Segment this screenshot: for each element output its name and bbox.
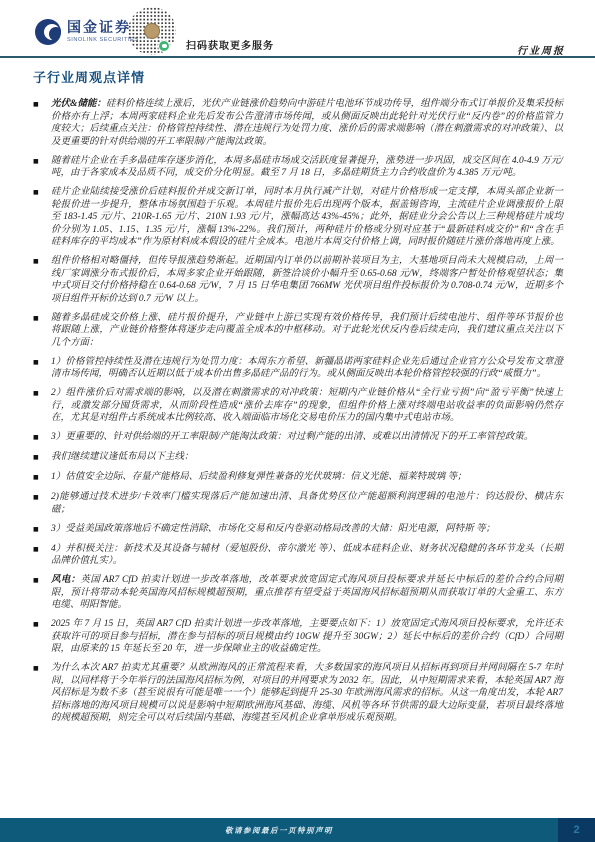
page-number-box: 2: [558, 818, 595, 842]
bullet-text: 2025 年 7 月 15 日，英国 AR7 CfD 拍卖计划进一步改革落地，主…: [51, 618, 563, 656]
bullet-body: 1）估值安全边际、存量产能格局、后续盈利修复弹性兼备的光伏玻璃：信义光能、福莱特…: [51, 472, 467, 482]
bullet-item: ■ 4）并积极关注：新技术及其设备与辅材（爱旭股份、帝尔激光 等）、低成本硅料企…: [33, 543, 563, 568]
bullet-text: 1）估值安全边际、存量产能格局、后续盈利修复弹性兼备的光伏玻璃：信义光能、福莱特…: [51, 471, 563, 485]
bullet-text: 随着多晶硅成交价格上涨、硅片报价提升，产业链中上游已实现有效价格传导，我们预计后…: [51, 312, 563, 350]
wechat-icon: [158, 40, 170, 52]
bullet-body: 2）组件涨价后对需求端的影响，以及潜在刺激需求的对冲政策：短期内产业链价格从“全…: [51, 388, 563, 423]
bullet-text: 组件价格相对略僵持，但传导报涨趋势渐起。近期国内订单仍以前期补装项目为主，大基地…: [51, 255, 563, 305]
page-title: 子行业周观点详情: [33, 67, 145, 86]
brand-name-en: SINOLINK SECURITIES: [67, 37, 139, 43]
bullet-text: 2）组件涨价后对需求端的影响，以及潜在刺激需求的对冲政策：短期内产业链价格从“全…: [51, 387, 563, 425]
bullet-square-icon: ■: [33, 618, 51, 656]
bullet-item: ■ 为什么本次 AR7 拍卖尤其重要？从欧洲海风的正常流程来看，大多数国家的海风…: [33, 662, 563, 725]
bullet-square-icon: ■: [33, 574, 51, 612]
bullet-item: ■ 2)能够通过技术进步/卡效率门槛实现落后产能加速出清、具备优势区位产能超额利…: [33, 491, 563, 516]
sinolink-logo-icon: [35, 19, 61, 45]
qr-code-icon: [128, 7, 176, 55]
bullet-square-icon: ■: [33, 255, 51, 305]
bullet-square-icon: ■: [33, 312, 51, 350]
page-number: 2: [573, 824, 579, 836]
bullet-text: 1）价格管控持续性及潜在违规行为处罚力度：本周东方希望、新疆晶诺两家硅料企业先后…: [51, 356, 563, 381]
bullet-square-icon: ■: [33, 431, 51, 445]
bullet-item: ■ 1）估值安全边际、存量产能格局、后续盈利修复弹性兼备的光伏玻璃：信义光能、福…: [33, 471, 563, 485]
bullet-body: 英国 AR7 CfD 拍卖计划进一步改革落地，改革要求放宽固定式海风项目投标要求…: [51, 575, 563, 610]
bullet-list: ■ 光伏&储能：硅料价格连续上涨后，光伏产业链涨价趋势向中游硅片电池环节成功传导…: [33, 98, 563, 731]
bullet-item: ■ 硅片企业陆续接受涨价后硅料报价并成交新订单，同时本月执行减产计划，对硅片价格…: [33, 186, 563, 249]
bullet-square-icon: ■: [33, 471, 51, 485]
bullet-text: 硅片企业陆续接受涨价后硅料报价并成交新订单，同时本月执行减产计划，对硅片价格形成…: [51, 186, 563, 249]
footer-disclaimer: 敬请参阅最后一页特别声明: [0, 818, 558, 842]
bullet-body: 2025 年 7 月 15 日，英国 AR7 CfD 拍卖计划进一步改革落地，主…: [51, 619, 563, 654]
bullet-item: ■ 3）受益美国政策落地后不确定性消除、市场化交易和反内卷驱动格局改善的大储：阳…: [33, 523, 563, 537]
bullet-square-icon: ■: [33, 543, 51, 568]
bullet-body: 为什么本次 AR7 拍卖尤其重要？从欧洲海风的正常流程来看，大多数国家的海风项目…: [51, 663, 563, 723]
brand-block: 国金证券 SINOLINK SECURITIES: [35, 19, 139, 45]
bullet-text: 风电：英国 AR7 CfD 拍卖计划进一步改革落地，改革要求放宽固定式海风项目投…: [51, 574, 563, 612]
bullet-item: ■ 3）更重要的、针对供给端的开工率限制/产能淘汰政策：对过剩产能的出清、或难以…: [33, 431, 563, 445]
bullet-item: ■ 风电：英国 AR7 CfD 拍卖计划进一步改革落地，改革要求放宽固定式海风项…: [33, 574, 563, 612]
page-footer: 敬请参阅最后一页特别声明 2: [0, 818, 595, 842]
bullet-lead: 光伏&储能：: [51, 99, 106, 109]
bullet-square-icon: ■: [33, 451, 51, 465]
bullet-text: 我们继续建议逢低布局以下主线：: [51, 451, 563, 465]
report-type-label: 行业周报: [517, 42, 565, 57]
bullet-item: ■ 2）组件涨价后对需求端的影响，以及潜在刺激需求的对冲政策：短期内产业链价格从…: [33, 387, 563, 425]
bullet-item: ■ 1）价格管控持续性及潜在违规行为处罚力度：本周东方希望、新疆晶诺两家硅料企业…: [33, 356, 563, 381]
bullet-body: 2)能够通过技术进步/卡效率门槛实现落后产能加速出清、具备优势区位产能超额利润逻…: [51, 492, 563, 515]
bullet-item: ■ 我们继续建议逢低布局以下主线：: [33, 451, 563, 465]
bullet-text: 4）并积极关注：新技术及其设备与辅材（爱旭股份、帝尔激光 等）、低成本硅料企业、…: [51, 543, 563, 568]
bullet-body: 硅片企业陆续接受涨价后硅料报价并成交新订单，同时本月执行减产计划，对硅片价格形成…: [51, 187, 563, 247]
bullet-square-icon: ■: [33, 155, 51, 180]
bullet-body: 4）并积极关注：新技术及其设备与辅材（爱旭股份、帝尔激光 等）、低成本硅料企业、…: [51, 544, 563, 567]
bullet-body: 3）受益美国政策落地后不确定性消除、市场化交易和反内卷驱动格局改善的大储：阳光电…: [51, 524, 495, 534]
bullet-item: ■ 光伏&储能：硅料价格连续上涨后，光伏产业链涨价趋势向中游硅片电池环节成功传导…: [33, 98, 563, 148]
bullet-body: 我们继续建议逢低布局以下主线：: [51, 452, 194, 462]
qr-center-logo-icon: [144, 23, 160, 39]
bullet-text: 3）受益美国政策落地后不确定性消除、市场化交易和反内卷驱动格局改善的大储：阳光电…: [51, 523, 563, 537]
qr-caption: 扫码获取更多服务: [186, 37, 274, 52]
bullet-body: 3）更重要的、针对供给端的开工率限制/产能淘汰政策：对过剩产能的出清、或难以出清…: [51, 432, 533, 442]
bullet-text: 为什么本次 AR7 拍卖尤其重要？从欧洲海风的正常流程来看，大多数国家的海风项目…: [51, 662, 563, 725]
bullet-text: 光伏&储能：硅料价格连续上涨后，光伏产业链涨价趋势向中游硅片电池环节成功传导，组…: [51, 98, 563, 148]
bullet-item: ■ 随着硅片企业在手多晶硅库存逐步消化，本周多晶硅市场成交活跃度显著提升，涨势进…: [33, 155, 563, 180]
bullet-body: 随着硅片企业在手多晶硅库存逐步消化，本周多晶硅市场成交活跃度显著提升，涨势进一步…: [51, 156, 563, 179]
bullet-text: 随着硅片企业在手多晶硅库存逐步消化，本周多晶硅市场成交活跃度显著提升，涨势进一步…: [51, 155, 563, 180]
bullet-text: 3）更重要的、针对供给端的开工率限制/产能淘汰政策：对过剩产能的出清、或难以出清…: [51, 431, 563, 445]
bullet-body: 硅料价格连续上涨后，光伏产业链涨价趋势向中游硅片电池环节成功传导，组件端分布式订…: [51, 99, 563, 147]
bullet-lead: 风电：: [51, 575, 81, 585]
bullet-square-icon: ■: [33, 356, 51, 381]
bullet-square-icon: ■: [33, 98, 51, 148]
bullet-item: ■ 组件价格相对略僵持，但传导报涨趋势渐起。近期国内订单仍以前期补装项目为主，大…: [33, 255, 563, 305]
bullet-square-icon: ■: [33, 662, 51, 725]
bullet-square-icon: ■: [33, 186, 51, 249]
header-divider: [0, 56, 595, 58]
report-header: 国金证券 SINOLINK SECURITIES 扫码获取更多服务 行业周报: [0, 0, 595, 56]
bullet-item: ■ 随着多晶硅成交价格上涨、硅片报价提升，产业链中上游已实现有效价格传导，我们预…: [33, 312, 563, 350]
bullet-text: 2)能够通过技术进步/卡效率门槛实现落后产能加速出清、具备优势区位产能超额利润逻…: [51, 491, 563, 516]
bullet-square-icon: ■: [33, 523, 51, 537]
bullet-square-icon: ■: [33, 387, 51, 425]
bullet-body: 组件价格相对略僵持，但传导报涨趋势渐起。近期国内订单仍以前期补装项目为主，大基地…: [51, 256, 563, 304]
bullet-body: 1）价格管控持续性及潜在违规行为处罚力度：本周东方希望、新疆晶诺两家硅料企业先后…: [51, 357, 563, 380]
bullet-body: 随着多晶硅成交价格上涨、硅片报价提升，产业链中上游已实现有效价格传导，我们预计后…: [51, 313, 563, 348]
bullet-square-icon: ■: [33, 491, 51, 516]
bullet-item: ■ 2025 年 7 月 15 日，英国 AR7 CfD 拍卖计划进一步改革落地…: [33, 618, 563, 656]
